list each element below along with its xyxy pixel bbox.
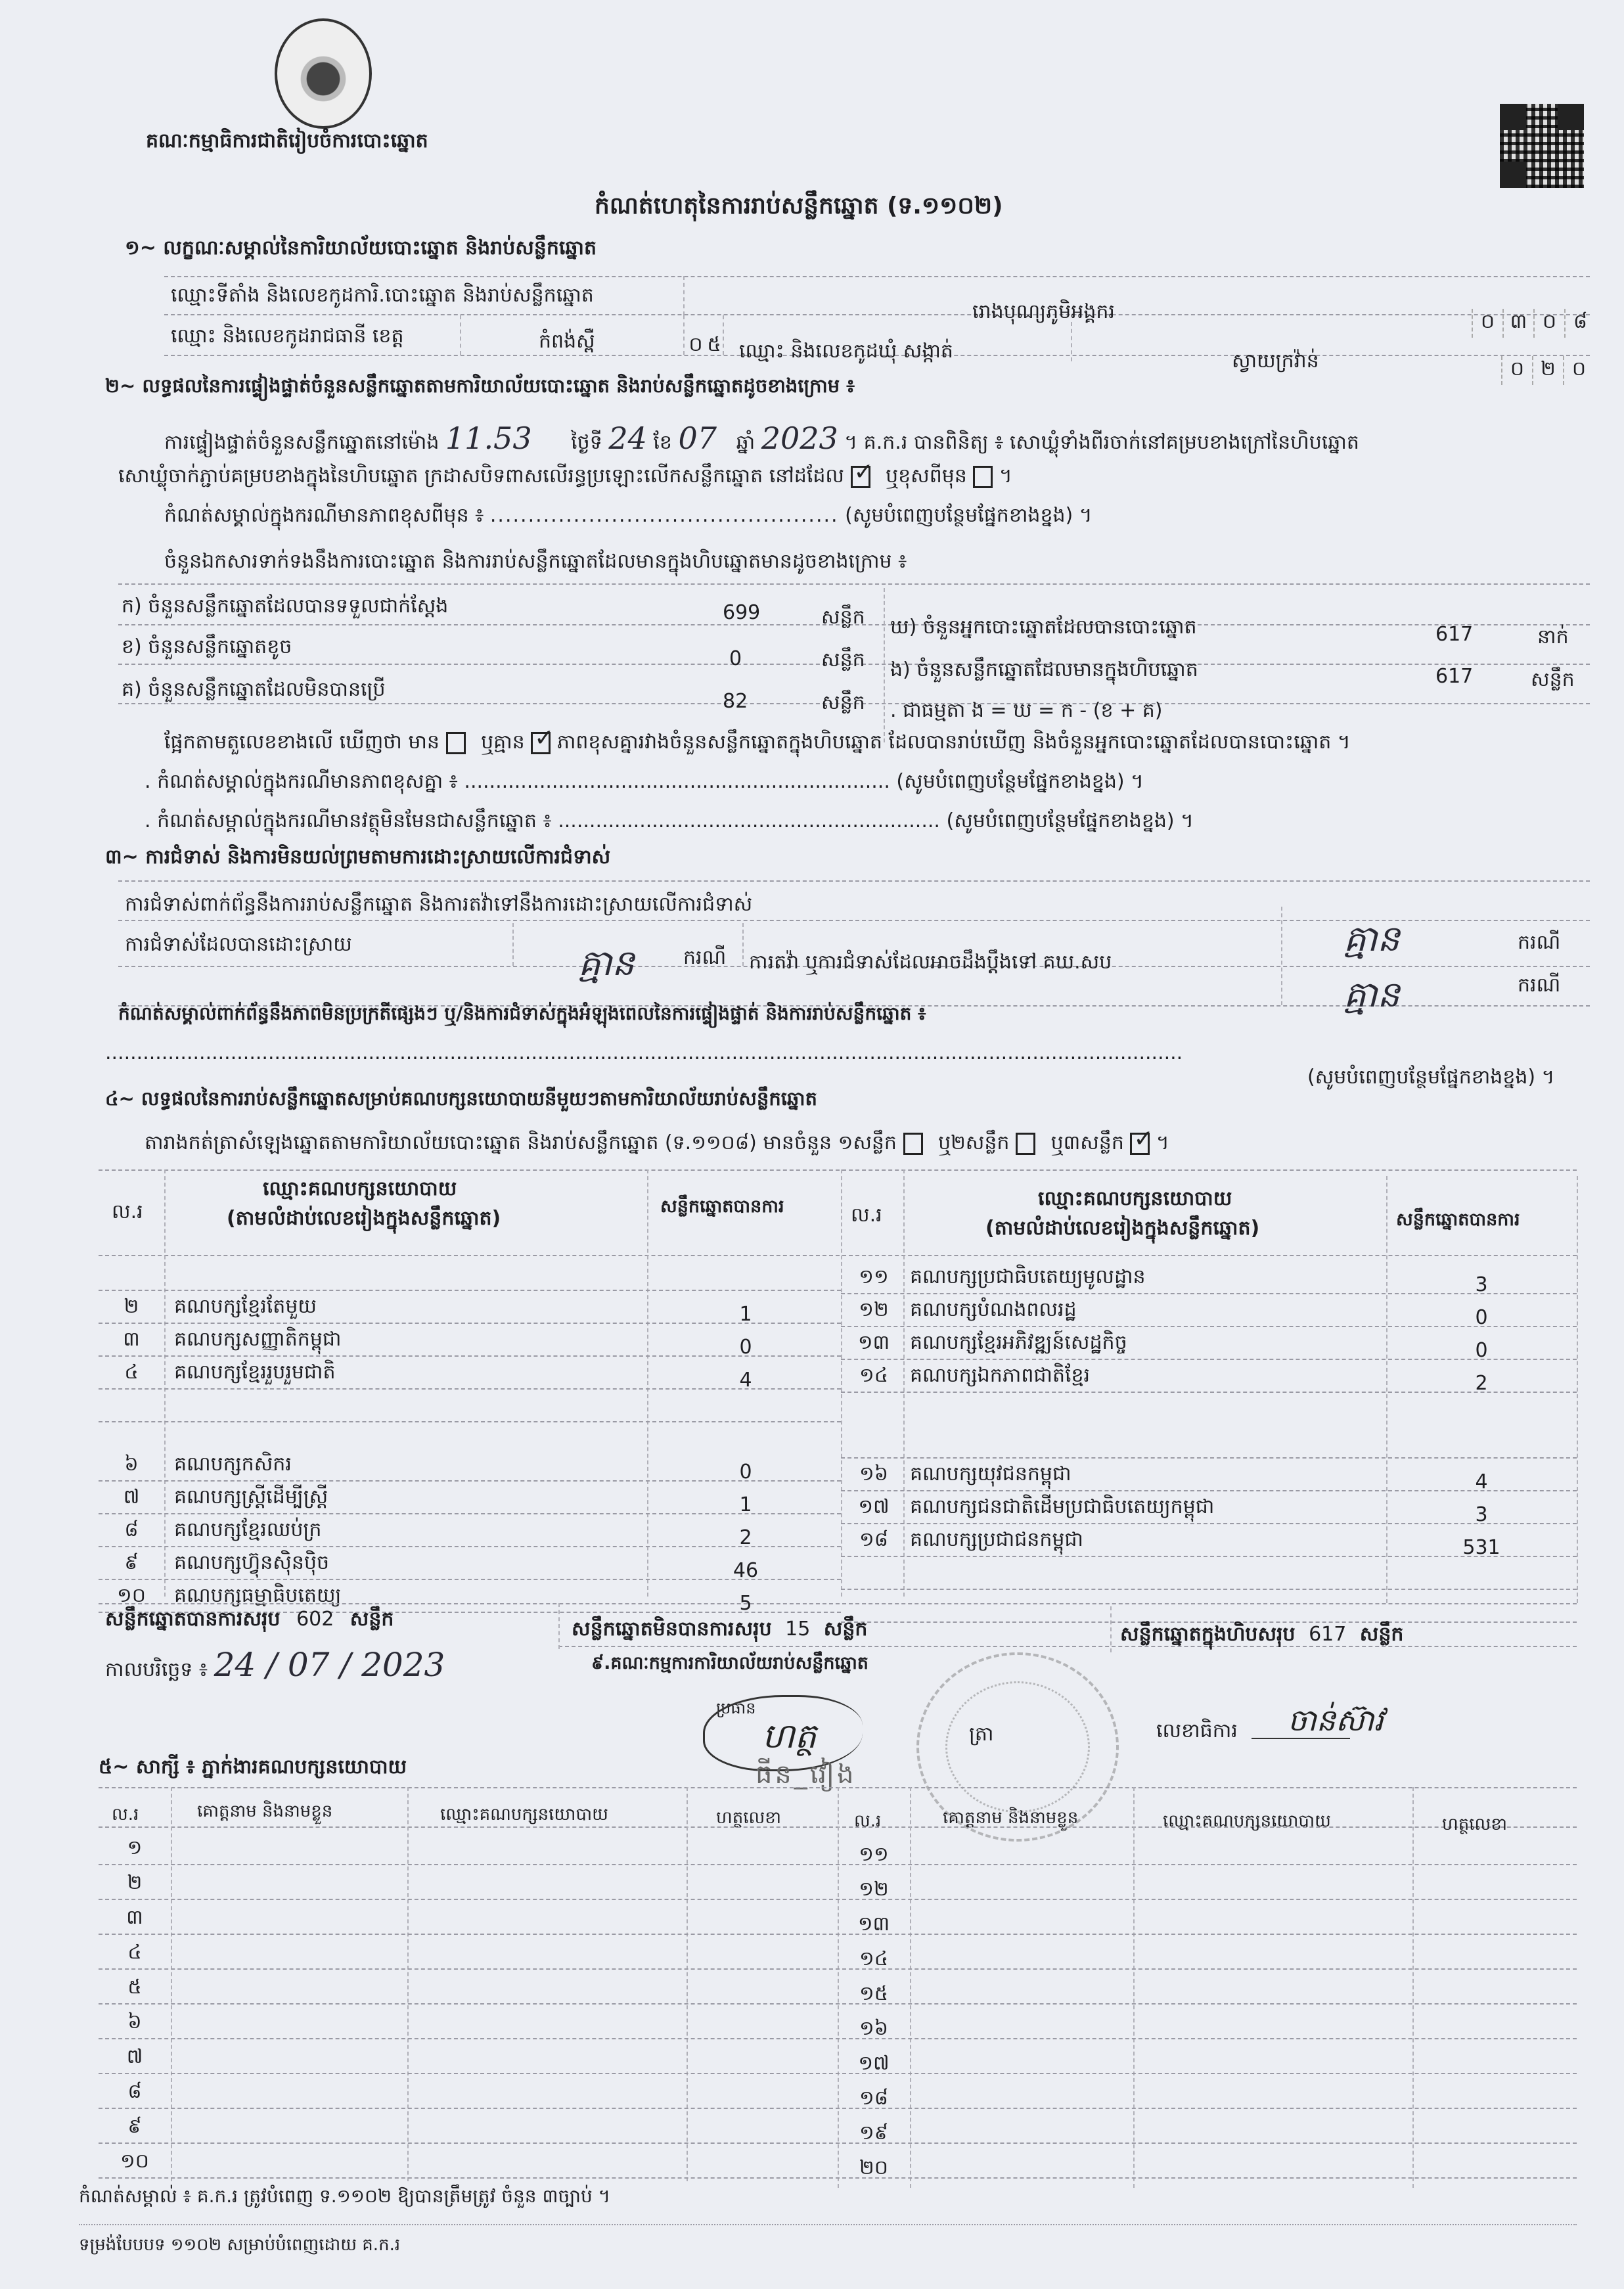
witness-party-cell[interactable] [411, 2144, 683, 2176]
witness-row-no: ៣ [108, 1905, 161, 1934]
witness-row-no: ៧ [108, 2044, 161, 2073]
col-party-header: ឈ្មោះគណបក្សនយោបាយ [263, 1176, 457, 1205]
witness-row-no: ៨ [108, 2079, 161, 2108]
objections-label: ការជំទាស់ពាក់ព័ន្ធនឹងការរាប់សន្លឹកឆ្នោត … [125, 892, 752, 920]
party-row-no: ១២ [847, 1297, 900, 1326]
witness-signature-cell[interactable] [1416, 1866, 1573, 1897]
time-value: 11.53 [445, 420, 532, 456]
witness-party-cell[interactable] [1137, 2040, 1409, 2072]
witness-party-cell[interactable] [411, 2005, 683, 2037]
party-votes: 2 [657, 1526, 834, 1549]
voters-label: ឃ) ចំនួនអ្នកបោះឆ្នោតដែលបានបោះឆ្នោត [890, 614, 1197, 643]
witness-party-cell[interactable] [1137, 2144, 1409, 2176]
witness-signature-cell[interactable] [1416, 2040, 1573, 2072]
footer-note: កំណត់សម្គាល់ ៖ គ.ក.រ ត្រូវបំពេញ ទ.១១០២ ឱ… [79, 2185, 610, 2211]
witness-signature-cell[interactable] [1416, 2144, 1573, 2176]
province-label: ឈ្មោះ និងលេខកូដរាជធានី ខេត្ត [171, 323, 404, 352]
ballot-box-total: សន្លឹកឆ្នោតក្នុងហិបសរុប 617 សន្លឹក [1120, 1621, 1403, 1650]
party-name: គណបក្សស្ត្រីដើម្បីស្ត្រី [174, 1484, 328, 1513]
witness-party-cell[interactable] [411, 1936, 683, 1967]
witness-signature-cell[interactable] [690, 2075, 834, 2106]
party-votes: 4 [1393, 1470, 1570, 1493]
objections-value: គ្មាន [1343, 917, 1400, 968]
org-name: គណៈកម្មាធិការជាតិរៀបចំការបោះឆ្នោត [146, 128, 428, 157]
witness-signature-cell[interactable] [690, 1866, 834, 1897]
party-votes: 1 [657, 1303, 834, 1326]
party-name: គណបក្សយុវជនកម្ពុជា [910, 1461, 1071, 1490]
year-value: 2023 [761, 420, 838, 456]
irregularities-note: កំណត់សម្គាល់ពាក់ព័ន្ធនឹងភាពមិនប្រក្រតីផ្… [118, 1002, 926, 1029]
party-name: គណបក្សជនជាតិដើមប្រជាធិបតេយ្យកម្ពុជា [910, 1494, 1214, 1523]
witness-row-no: ១១ [844, 1842, 903, 1870]
difference-note-line: កំណត់សម្គាល់ក្នុងករណីមានភាពខុសពីមុន ៖ ..… [164, 503, 1093, 532]
form-title: កំណត់ហេតុនៃការរាប់សន្លឹកឆ្នោត (ទ.១១០២) [595, 191, 1003, 225]
resolved-objections-label: ការជំទាស់ដែលបានដោះស្រាយ [125, 932, 352, 961]
witness-name-cell[interactable] [174, 1936, 404, 1967]
party-votes: 1 [657, 1493, 834, 1516]
unused-ballots-label: គ) ចំនួនសន្លឹកឆ្នោតដែលមិនបានប្រើ [122, 677, 386, 706]
party-row-no: ១៣ [847, 1330, 900, 1359]
witness-row-no: ៦ [108, 2009, 161, 2038]
unused-ballots-value: 82 [723, 690, 748, 713]
seal-label: ត្រា [969, 1721, 994, 1750]
voters-value: 617 [1435, 623, 1473, 646]
documents-intro: ចំនួនឯកសារទាក់ទងនឹងការបោះឆ្នោត និងការរាប… [164, 549, 907, 578]
witness-col-party: ឈ្មោះគណបក្សនយោបាយ [440, 1803, 608, 1828]
witness-row-no: ១២ [844, 1876, 903, 1905]
witness-party-cell[interactable] [1137, 1831, 1409, 1863]
witness-col-no: ល.រ [112, 1803, 139, 1828]
day-value: 24 [608, 420, 647, 456]
witness-row-no: ២០ [844, 2155, 903, 2184]
has-discrepancy-checkbox[interactable] [446, 732, 466, 754]
intact-checkbox[interactable] [851, 466, 870, 488]
altered-checkbox[interactable] [973, 466, 993, 488]
section4-title: ៤~ លទ្ធផលនៃការរាប់សន្លឹកឆ្នោតសម្រាប់គណបក… [105, 1087, 817, 1115]
witness-row-no: ១ [108, 1835, 161, 1864]
witness-name-cell[interactable] [913, 2005, 1130, 2037]
spoiled-ballots-value: 0 [729, 647, 742, 670]
party-name: គណបក្សខ្មែរអភិវឌ្ឍន៍សេដ្ឋកិច្ច [910, 1330, 1127, 1359]
party-row-no: ១៦ [847, 1461, 900, 1490]
witness-row-no: ១០ [108, 2148, 161, 2177]
witness-signature-cell[interactable] [1416, 2110, 1573, 2141]
station-code: ០ ៣ ០ ៨ [1472, 309, 1595, 338]
witness-party-cell[interactable] [1137, 1936, 1409, 1967]
party-row-no: ១៨ [847, 1527, 900, 1556]
witness-party-cell[interactable] [411, 1831, 683, 1863]
witness-party-cell[interactable] [411, 2040, 683, 2072]
witness-name-cell[interactable] [913, 1866, 1130, 1897]
witness-signature-cell[interactable] [690, 1901, 834, 1932]
witness-name-cell[interactable] [913, 2144, 1130, 2176]
date-line: កាលបរិច្ឆេទ ៖ 24 / 07 / 2023 [105, 1646, 445, 1686]
witness-col-name: គោត្តនាម និងនាមខ្លួន [197, 1800, 332, 1825]
seal-check-line: សោឃ្លុំចាក់ភ្ជាប់គម្របខាងក្នុងនៃហិបឆ្នោត… [118, 463, 1012, 492]
nec-emblem-icon [275, 18, 372, 129]
chief-name: ធីន_វៀង [756, 1757, 856, 1796]
party-votes: 0 [657, 1336, 834, 1359]
witness-party-cell[interactable] [411, 1901, 683, 1932]
witness-signature-cell[interactable] [690, 1831, 834, 1863]
discrepancy-check-line: ផ្អែកតាមតួលេខខាងលើ ឃើញថា មាន ឬគ្មាន ភាពខ… [164, 729, 1351, 758]
witness-party-cell[interactable] [1137, 2075, 1409, 2106]
witness-name-cell[interactable] [174, 1901, 404, 1932]
foreign-object-note-line: . កំណត់សម្គាល់ក្នុងករណីមានវត្ថុមិនមែនជាស… [145, 808, 1194, 837]
witness-party-cell[interactable] [411, 2075, 683, 2106]
party-name: គណបក្សប្រជាជនកម្ពុជា [910, 1527, 1083, 1556]
witness-party-cell[interactable] [1137, 2110, 1409, 2141]
month-value: 07 [679, 420, 717, 456]
party-votes: 0 [1393, 1306, 1570, 1329]
witness-name-cell[interactable] [174, 2110, 404, 2141]
party-votes: 0 [1393, 1339, 1570, 1362]
station-value: រោងបុណ្យភូមិអង្គករ [972, 299, 1115, 328]
witness-signature-cell[interactable] [690, 2040, 834, 2072]
witness-signature-cell[interactable] [1416, 1901, 1573, 1932]
col-votes-header: សន្លឹកឆ្នោតបានការ [660, 1196, 784, 1221]
secretary-signature: ចាន់ស៊ាវ [1288, 1702, 1384, 1746]
witness-row-no: ១៧ [844, 2051, 903, 2079]
witness-party-cell[interactable] [1137, 2005, 1409, 2037]
witness-signature-cell[interactable] [690, 1936, 834, 1967]
party-row-no: ១៧ [847, 1494, 900, 1523]
qr-code-icon [1500, 104, 1584, 188]
party-row-no: ៧ [108, 1484, 154, 1513]
invalid-total: សន្លឹកឆ្នោតមិនបានការសរុប 15 សន្លឹក [572, 1616, 867, 1645]
witness-row-no: ៩ [108, 2114, 161, 2142]
received-ballots-label: ក) ចំនួនសន្លឹកឆ្នោតដែលបានទទួលជាក់ស្តែង [122, 593, 448, 622]
party-row-no: ៣ [108, 1326, 154, 1355]
witness-party-cell[interactable] [411, 2110, 683, 2141]
party-row-no: ២ [108, 1294, 154, 1323]
col-no-header: ល.រ [112, 1199, 143, 1228]
witness-row-no: ១៥ [844, 1981, 903, 2010]
committee-label: ៩.គណៈកម្មការការិយាល័យរាប់សន្លឹកឆ្នោត [591, 1652, 868, 1678]
party-votes: 2 [1393, 1372, 1570, 1395]
witness-name-cell[interactable] [913, 1970, 1130, 2002]
party-row-no: ១៤ [847, 1363, 900, 1392]
station-label: ឈ្មោះទីតាំង និងលេខកូដការិ.បោះឆ្នោត និងរា… [171, 283, 594, 311]
party-name: គណបក្សខ្មែរតែមួយ [174, 1294, 317, 1323]
diff-note-line: . កំណត់សម្គាល់ក្នុងករណីមានភាពខុសគ្នា ៖ .… [145, 769, 1144, 798]
received-ballots-value: 699 [723, 601, 760, 624]
party-name: គណបក្សកសិករ [174, 1451, 292, 1480]
witness-row-no: ១៦ [844, 2016, 903, 2045]
spoiled-ballots-label: ខ) ចំនួនសន្លឹកឆ្នោតខូច [122, 634, 292, 663]
section1-title: ១~ លក្ខណៈសម្គាល់នៃការិយាល័យបោះឆ្នោត និងរ… [125, 235, 597, 264]
witness-name-cell[interactable] [913, 1831, 1130, 1863]
witness-signature-cell[interactable] [1416, 2005, 1573, 2037]
witness-row-no: ១៣ [844, 1911, 903, 1940]
party-name: គណបក្សប្រជាធិបតេយ្យមូលដ្ឋាន [910, 1264, 1146, 1293]
witness-signature-cell[interactable] [1416, 1970, 1573, 2002]
witness-signature-cell[interactable] [1416, 1831, 1573, 1863]
party-row-no: ៨ [108, 1517, 154, 1546]
party-votes: 4 [657, 1369, 834, 1392]
party-name: គណបក្សសញ្ញាតិកម្ពុជា [174, 1326, 341, 1355]
witness-name-cell[interactable] [174, 1866, 404, 1897]
witness-name-cell[interactable] [913, 2110, 1130, 2141]
witness-row-no: ៥ [108, 1974, 161, 2003]
box-ballots-label: ង) ចំនួនសន្លឹកឆ្នោតដែលមានក្នុងហិបឆ្នោត [890, 657, 1198, 686]
party-name: គណបក្សឯកភាពជាតិខ្មែរ [910, 1363, 1090, 1392]
province-code: ០ ៥ [687, 332, 723, 361]
section5-title: ៥~ សាក្សី ៖ ភ្នាក់ងារគណបក្សនយោបាយ [99, 1754, 407, 1783]
witness-name-cell[interactable] [174, 2005, 404, 2037]
two-sheets-checkbox[interactable] [1016, 1133, 1035, 1155]
party-row-no: ៤ [108, 1359, 154, 1388]
date-value: 24 / 07 / 2023 [214, 1646, 445, 1684]
witness-row-no: ១៤ [844, 1946, 903, 1975]
verification-time-line: ការផ្ទៀងផ្ទាត់ចំនួនសន្លឹកឆ្នោតនៅម៉ោង 11.… [164, 420, 1359, 459]
witness-name-cell[interactable] [174, 2040, 404, 2072]
party-votes: 531 [1393, 1536, 1570, 1559]
three-sheets-checkbox[interactable] [1130, 1133, 1150, 1155]
witness-signature-cell[interactable] [1416, 2075, 1573, 2106]
witness-party-cell[interactable] [411, 1970, 683, 2002]
party-row-no: ៦ [108, 1451, 154, 1480]
one-sheet-checkbox[interactable] [903, 1133, 923, 1155]
party-row-no: ១១ [847, 1264, 900, 1293]
no-discrepancy-checkbox[interactable] [531, 732, 551, 754]
resolved-objections-value: គ្មាន [578, 941, 635, 993]
section2-title: ២~ លទ្ធផលនៃការផ្ទៀងផ្ទាត់ចំនួនសន្លឹកឆ្នោ… [105, 374, 855, 402]
witness-col-sign: ហត្ថលេខា [716, 1807, 781, 1832]
party-votes: 3 [1393, 1273, 1570, 1296]
form-reference: ទម្រង់បែបបទ ១១០២ សម្រាប់បំពេញដោយ គ.ក.រ [79, 2234, 400, 2259]
commune-label: ឈ្មោះ និងលេខកូដឃុំ សង្កាត់ [739, 338, 953, 367]
witness-row-no: ១៩ [844, 2120, 903, 2149]
section3-title: ៣~ ការជំទាស់ និងការមិនយល់ព្រមតាមការដោះស្… [105, 844, 610, 873]
witness-party-cell[interactable] [1137, 1970, 1409, 2002]
witness-party-cell[interactable] [1137, 1866, 1409, 1897]
witness-signature-cell[interactable] [690, 2110, 834, 2141]
witness-signature-cell[interactable] [690, 1970, 834, 2002]
witness-signature-cell[interactable] [690, 2005, 834, 2037]
witness-row-no: ៤ [108, 1939, 161, 1968]
witness-signature-cell[interactable] [690, 2144, 834, 2176]
witness-row-no: ២ [108, 1870, 161, 1899]
witness-name-cell[interactable] [913, 2075, 1130, 2106]
witness-party-cell[interactable] [1137, 1901, 1409, 1932]
secretary-label: លេខាធិការ [1156, 1718, 1238, 1747]
party-votes: 3 [1393, 1503, 1570, 1526]
party-name: គណបក្សបំណងពលរដ្ឋ [910, 1297, 1077, 1326]
witness-name-cell[interactable] [174, 2144, 404, 2176]
party-name: គណបក្សខ្មែរឈប់ក្រ [174, 1517, 321, 1546]
witness-name-cell[interactable] [913, 1901, 1130, 1932]
witness-party-cell[interactable] [411, 1866, 683, 1897]
box-ballots-value: 617 [1435, 665, 1473, 688]
party-name: គណបក្សហ៊្វុនស៊ិនប៉ិច [174, 1550, 329, 1579]
party-votes: 46 [657, 1559, 834, 1582]
province-value: កំពង់ស្ពឺ [539, 329, 595, 357]
witness-name-cell[interactable] [913, 2040, 1130, 2072]
appeals-label: ការតវ៉ា ឬការជំទាស់ដែលអាចដឹងប្តឹងទៅ គឃ.សប [749, 949, 1112, 978]
witness-row-no: ១៨ [844, 2085, 903, 2114]
commune-value: ស្វាយក្រវ៉ាន់ [1232, 348, 1319, 377]
party-row-no: ៩ [108, 1550, 154, 1579]
witness-name-cell[interactable] [174, 2075, 404, 2106]
witness-name-cell[interactable] [174, 1831, 404, 1863]
witness-signature-cell[interactable] [1416, 1936, 1573, 1967]
sheet-count-line: តារាងកត់ត្រាសំឡេងឆ្នោតតាមការិយាល័យបោះឆ្ន… [145, 1130, 1169, 1159]
witness-name-cell[interactable] [174, 1970, 404, 2002]
formula-note: . ជាធម្មតា ង = ឃ = ក - (ខ + គ) [890, 698, 1163, 727]
commune-code: ០ ២ ០ [1501, 356, 1594, 385]
appeals-value: គ្មាន [1343, 972, 1400, 1024]
valid-total: សន្លឹកឆ្នោតបានការសរុប 602 សន្លឹក [105, 1606, 394, 1635]
witness-name-cell[interactable] [913, 1936, 1130, 1967]
party-name: គណបក្សខ្មែររួបរួមជាតិ [174, 1359, 336, 1388]
party-votes: 0 [657, 1461, 834, 1484]
